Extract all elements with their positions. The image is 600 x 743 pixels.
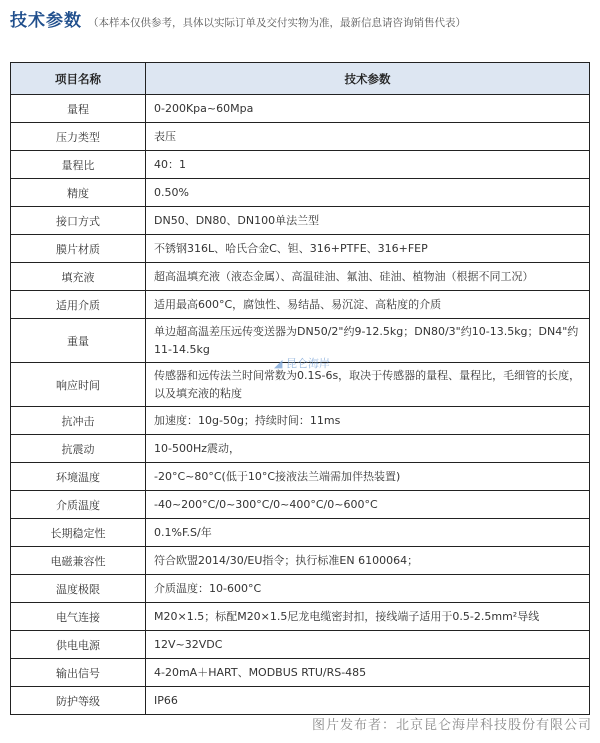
table-row: 压力类型表压 [11,123,590,151]
row-value: 40：1 [146,151,590,179]
row-value: DN50、DN80、DN100单法兰型 [146,207,590,235]
row-name: 电磁兼容性 [11,547,146,575]
row-name: 电气连接 [11,603,146,631]
row-value: -20°C~80°C(低于10°C接液法兰端需加伴热装置) [146,463,590,491]
row-value: -40~200°C/0~300°C/0~400°C/0~600°C [146,491,590,519]
table-row: 介质温度-40~200°C/0~300°C/0~400°C/0~600°C [11,491,590,519]
row-name: 环境温度 [11,463,146,491]
row-value: 传感器和远传法兰时间常数为0.1S-6s，取决于传感器的量程、量程比，毛细管的长… [146,363,590,407]
row-value: 0-200Kpa~60Mpa [146,95,590,123]
row-value: 介质温度：10-600°C [146,575,590,603]
row-name: 介质温度 [11,491,146,519]
row-value: 加速度：10g-50g；持续时间：11ms [146,407,590,435]
column-header-name: 项目名称 [11,63,146,95]
row-name: 膜片材质 [11,235,146,263]
image-credit: 图片发布者：北京昆仑海岸科技股份有限公司 [312,714,592,733]
page-title: 技术参数 [10,6,82,31]
row-name: 输出信号 [11,659,146,687]
table-row: 电气连接M20×1.5；标配M20×1.5尼龙电缆密封扣，接线端子适用于0.5-… [11,603,590,631]
spec-table: 项目名称 技术参数 量程0-200Kpa~60Mpa 压力类型表压 量程比40：… [10,62,590,715]
table-row: 量程0-200Kpa~60Mpa [11,95,590,123]
row-value: 不锈钢316L、哈氏合金C、钽、316+PTFE、316+FEP [146,235,590,263]
table-row: 长期稳定性0.1%F.S/年 [11,519,590,547]
title-bar: 技术参数 （本样本仅供参考，具体以实际订单及交付实物为准，最新信息请咨询销售代表… [10,6,466,30]
row-name: 响应时间 [11,363,146,407]
row-name: 抗冲击 [11,407,146,435]
row-value: 单边超高温差压远传变送器为DN50/2"约9-12.5kg；DN80/3"约10… [146,319,590,363]
table-row: 输出信号4-20mA＋HART、MODBUS RTU/RS-485 [11,659,590,687]
row-value: 超高温填充液（液态金属）、高温硅油、氟油、硅油、植物油（根据不同工况） [146,263,590,291]
table-header-row: 项目名称 技术参数 [11,63,590,95]
row-name: 长期稳定性 [11,519,146,547]
row-value: 10-500Hz震动， [146,435,590,463]
table-row: 膜片材质不锈钢316L、哈氏合金C、钽、316+PTFE、316+FEP [11,235,590,263]
table-row: 精度0.50% [11,179,590,207]
table-row: 温度极限介质温度：10-600°C [11,575,590,603]
row-name: 供电电源 [11,631,146,659]
table-row: 接口方式DN50、DN80、DN100单法兰型 [11,207,590,235]
watermark-text: 昆仑海岸 [286,357,330,370]
row-name: 量程 [11,95,146,123]
row-value: 0.1%F.S/年 [146,519,590,547]
row-name: 重量 [11,319,146,363]
row-name: 防护等级 [11,687,146,715]
row-name: 接口方式 [11,207,146,235]
table-row: 量程比40：1 [11,151,590,179]
table-row: 防护等级IP66 [11,687,590,715]
page-subtitle: （本样本仅供参考，具体以实际订单及交付实物为准，最新信息请咨询销售代表） [88,15,466,30]
table-row: 抗震动10-500Hz震动， [11,435,590,463]
row-value: 适用最高600°C，腐蚀性、易结晶、易沉淀、高粘度的介质 [146,291,590,319]
row-name: 填充液 [11,263,146,291]
row-name: 适用介质 [11,291,146,319]
row-name: 压力类型 [11,123,146,151]
row-name: 量程比 [11,151,146,179]
row-name: 温度极限 [11,575,146,603]
table-row: 填充液超高温填充液（液态金属）、高温硅油、氟油、硅油、植物油（根据不同工况） [11,263,590,291]
row-value: 12V~32VDC [146,631,590,659]
table-row: 抗冲击加速度：10g-50g；持续时间：11ms [11,407,590,435]
table-row: 环境温度-20°C~80°C(低于10°C接液法兰端需加伴热装置) [11,463,590,491]
logo-icon: ◢ [274,357,282,370]
column-header-value: 技术参数 [146,63,590,95]
row-value: M20×1.5；标配M20×1.5尼龙电缆密封扣，接线端子适用于0.5-2.5m… [146,603,590,631]
table-row: 电磁兼容性符合欧盟2014/30/EU指令；执行标准EN 6100064； [11,547,590,575]
row-value: 4-20mA＋HART、MODBUS RTU/RS-485 [146,659,590,687]
row-value: 符合欧盟2014/30/EU指令；执行标准EN 6100064； [146,547,590,575]
row-value: IP66 [146,687,590,715]
row-name: 精度 [11,179,146,207]
table-row: 适用介质适用最高600°C，腐蚀性、易结晶、易沉淀、高粘度的介质 [11,291,590,319]
row-value: 0.50% [146,179,590,207]
watermark-logo: ◢ 昆仑海岸 [274,355,330,371]
table-row: 供电电源12V~32VDC [11,631,590,659]
row-value: 表压 [146,123,590,151]
row-name: 抗震动 [11,435,146,463]
